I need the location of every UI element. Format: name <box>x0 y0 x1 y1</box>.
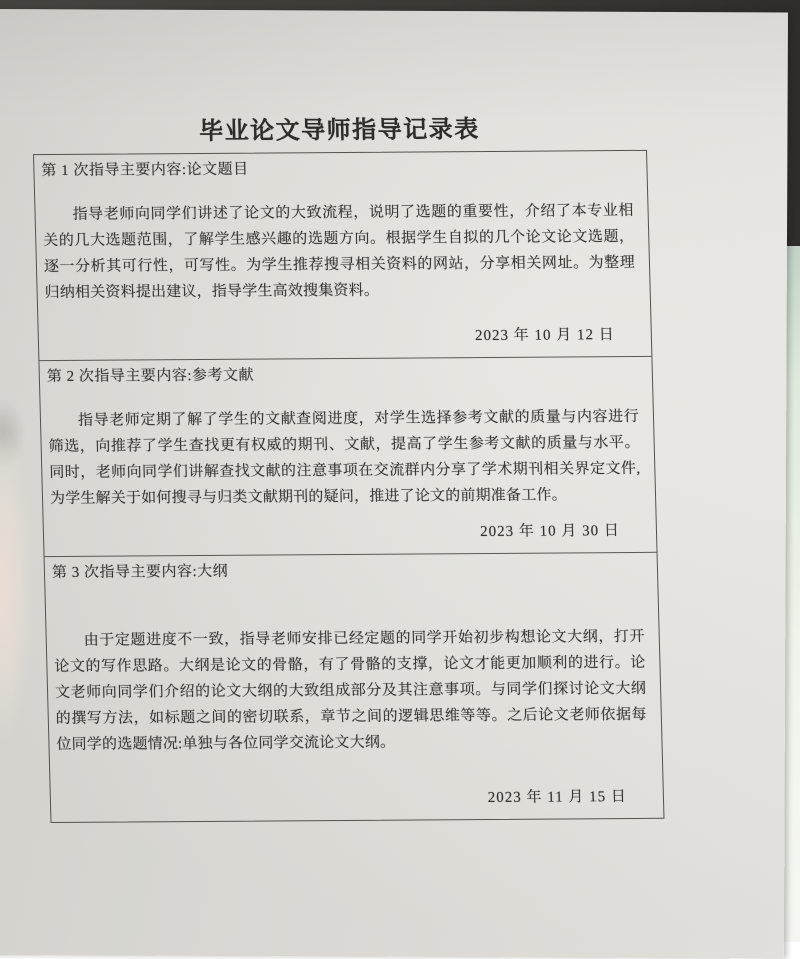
session-2-header: 第 2 次指导主要内容:参考文献 <box>47 362 639 388</box>
session-3-header: 第 3 次指导主要内容:大纲 <box>52 558 644 584</box>
document-content: 毕业论文导师指导记录表 第 1 次指导主要内容:论文题目 指导老师向同学们讲述了… <box>0 0 800 942</box>
session-1-date: 2023 年 10 月 12 日 <box>46 323 638 352</box>
session-2-content: 指导老师定期了解了学生的文献查阅进度，对学生选择参考文献的质量与内容进行筛选，向… <box>48 404 642 512</box>
session-3-date: 2023 年 11 月 15 日 <box>58 785 650 814</box>
session-record-2: 第 2 次指导主要内容:参考文献 指导老师定期了解了学生的文献查阅进度，对学生选… <box>39 356 656 556</box>
guidance-table: 第 1 次指导主要内容:论文题目 指导老师向同学们讲述了论文的大致流程，说明了选… <box>33 150 665 823</box>
session-3-content: 由于定题进度不一致，指导老师安排已经定题的同学开始初步构想论文大纲，打开论文的写… <box>53 624 647 758</box>
session-record-3: 第 3 次指导主要内容:大纲 由于定题进度不一致，指导老师安排已经定题的同学开始… <box>45 552 664 822</box>
document-title: 毕业论文导师指导记录表 <box>32 108 647 147</box>
session-1-header: 第 1 次指导主要内容:论文题目 <box>41 156 633 182</box>
session-record-1: 第 1 次指导主要内容:论文题目 指导老师向同学们讲述了论文的大致流程，说明了选… <box>34 151 651 360</box>
session-2-date: 2023 年 10 月 30 日 <box>51 519 643 548</box>
session-1-content: 指导老师向同学们讲述了论文的大致流程，说明了选题的重要性，介绍了本专业相关的几大… <box>42 198 636 306</box>
